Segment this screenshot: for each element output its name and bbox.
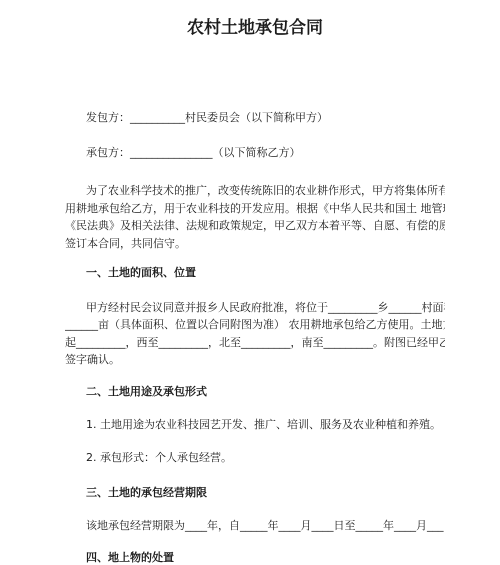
section-1-line-4: 签字确认。: [65, 351, 445, 369]
section-1-heading: 一、土地的面积、位置: [65, 264, 445, 282]
contract-term-line: 该地承包经营期限为____年，自_____年____月____日至_____年_…: [65, 517, 445, 535]
contract-document-page: 农村土地承包合同 发包方：__________村民委员会（以下简称甲方） 承包方…: [0, 0, 500, 565]
section-1-paragraph: 甲方经村民会议同意并报乡人民政府批准，将位于_________乡______村面…: [65, 299, 445, 369]
section-4-heading: 四、地上物的处置: [65, 549, 445, 565]
preamble-line-3: 《民法典》及相关法律、法规和政策规定，甲乙双方本着平等、自愿、有偿的原则，: [65, 217, 445, 235]
party-b-field-line: 承包方：_______________（以下简称乙方）: [65, 144, 445, 162]
preamble-paragraph: 为了农业科学技术的推广，改变传统陈旧的农业耕作形式，甲方将集体所有的农 用耕地承…: [65, 182, 445, 252]
party-a-field-line: 发包方：__________村民委员会（以下简称甲方）: [65, 109, 445, 127]
preamble-line-1: 为了农业科学技术的推广，改变传统陈旧的农业耕作形式，甲方将集体所有的农: [65, 182, 445, 200]
preamble-line-4: 签订本合同，共同信守。: [65, 235, 445, 253]
contract-form-item: 2. 承包形式：个人承包经营。: [65, 449, 445, 467]
section-1-line-1: 甲方经村民会议同意并报乡人民政府批准，将位于_________乡______村面…: [65, 299, 445, 317]
section-3-heading: 三、土地的承包经营期限: [65, 484, 445, 502]
land-use-item: 1. 土地用途为农业科技园艺开发、推广、培训、服务及农业种植和养殖。: [65, 416, 445, 434]
document-title: 农村土地承包合同: [65, 18, 445, 38]
section-1-line-3: 起_________，西至_________，北至_________，南至___…: [65, 334, 445, 352]
section-2-heading: 二、土地用途及承包形式: [65, 383, 445, 401]
preamble-line-2: 用耕地承包给乙方，用于农业科技的开发应用。根据《中华人民共和国土 地管理法》: [65, 200, 445, 218]
section-1-line-2: ______亩（具体面积、位置以合同附图为准） 农用耕地承包给乙方使用。土地方位…: [65, 316, 445, 334]
